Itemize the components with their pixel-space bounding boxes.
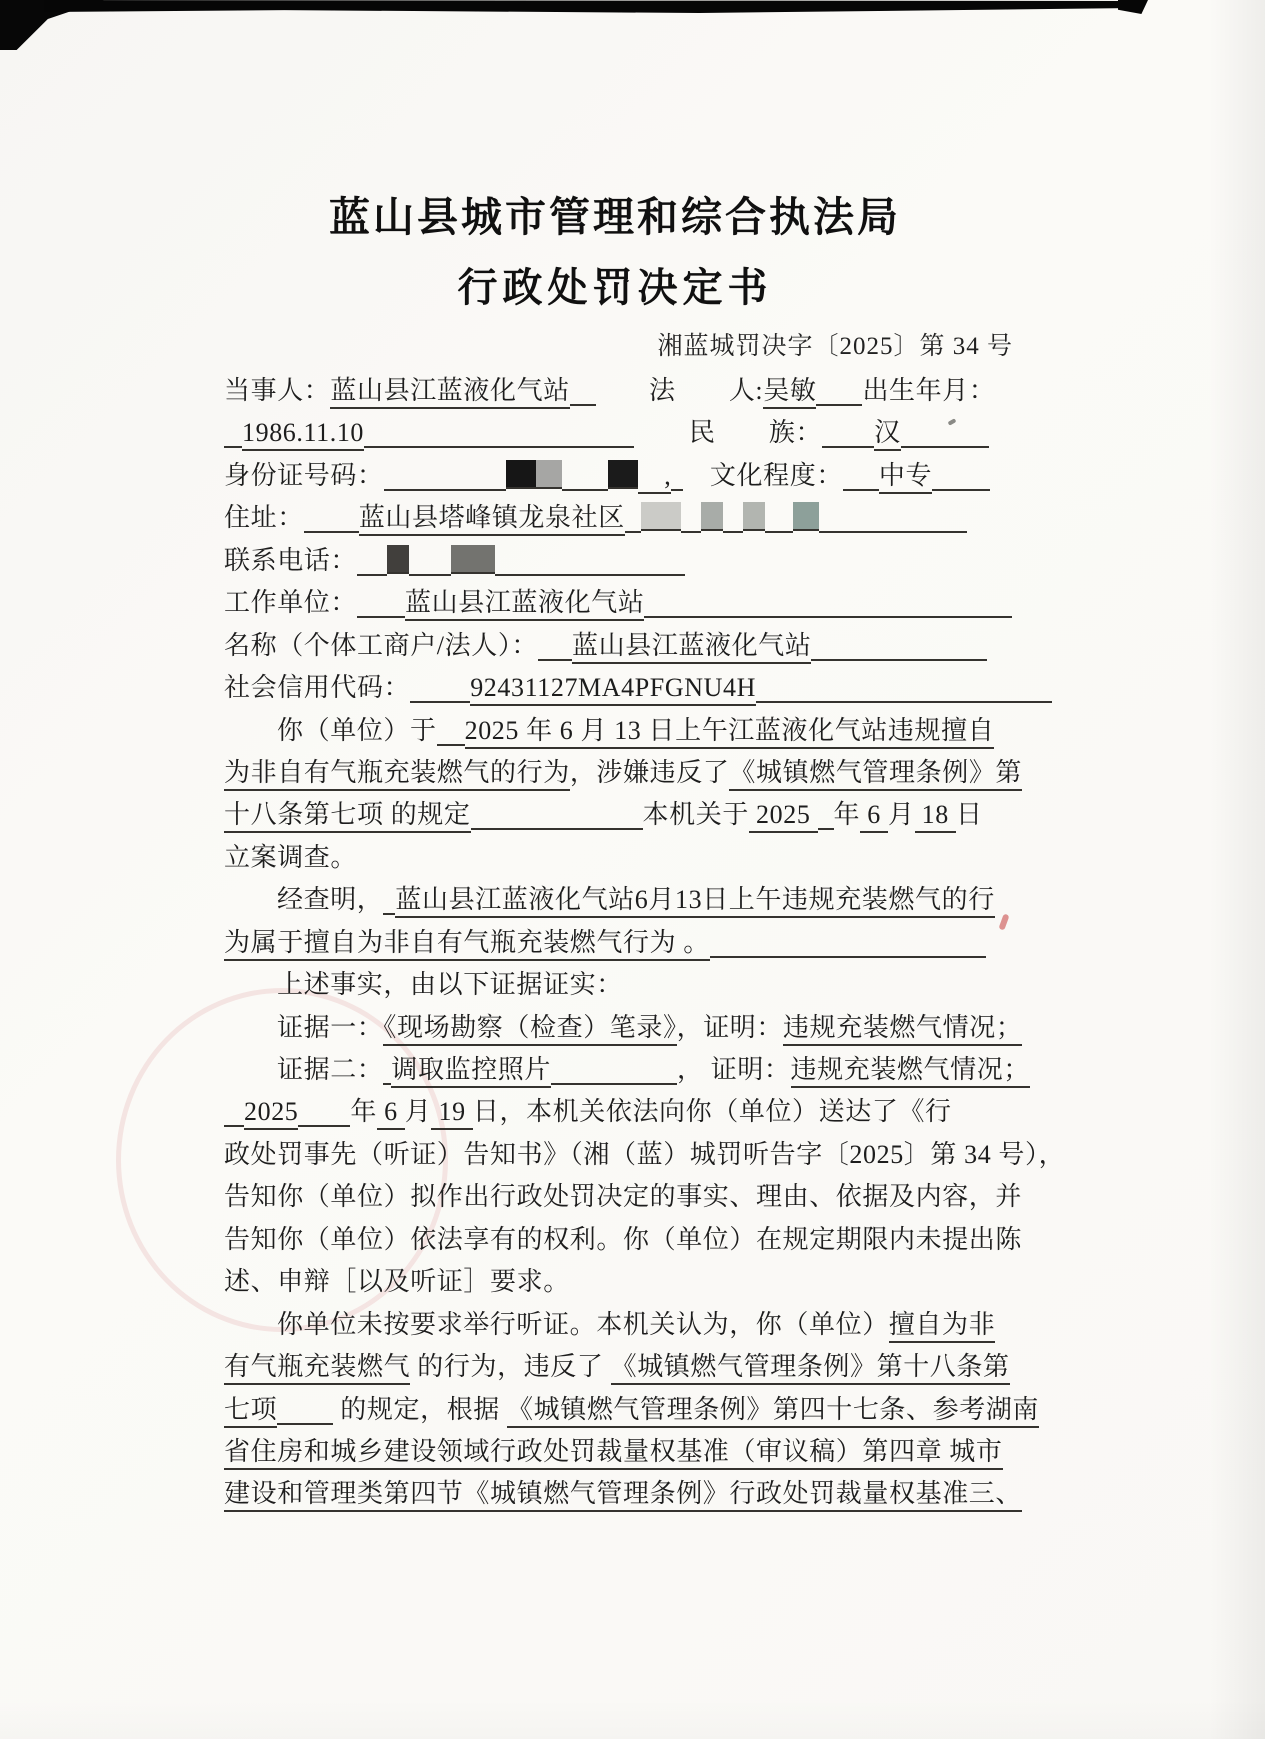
text-segment: 蓝山县江蓝液化气站	[330, 376, 569, 409]
underline-gap	[298, 1097, 350, 1127]
text-segment: 蓝山县江蓝液化气站	[405, 588, 644, 621]
underline-gap	[901, 418, 989, 448]
document-line: 告知你（单位）依法享有的权利。你（单位）在规定期限内未提出陈	[224, 1219, 1024, 1261]
text-segment: 名称（个体工商户/法人）：	[224, 631, 538, 660]
text-segment: 十八条第七项 的规定	[224, 800, 471, 833]
text-segment: 出生年月：	[862, 376, 995, 405]
text-segment: 汉	[874, 418, 901, 451]
redaction-block	[536, 460, 562, 489]
underline-gap	[710, 928, 986, 958]
text-segment: 日，本机关依法向你（单位）送达了《行	[473, 1097, 952, 1126]
document-line: 1986.11.10民 族：汉	[224, 412, 1024, 454]
text-segment: 你单位未按要求举行听证。本机关认为，你（单位）	[277, 1310, 889, 1339]
text-segment: 《现场勘察（检查）笔录》	[383, 1013, 676, 1046]
text-segment: 告知你（单位）依法享有的权利。你（单位）在规定期限内未提出陈	[224, 1225, 1022, 1254]
redaction-block	[793, 502, 819, 531]
document-line: 工作单位：蓝山县江蓝液化气站	[224, 582, 1024, 624]
document-line: 身份证号码： , 文化程度：中专	[224, 455, 1024, 497]
underline-gap	[644, 588, 1012, 618]
document-line: 政处罚事先（听证）告知书》（湘（蓝）城罚听告字〔2025〕第 34 号），	[224, 1134, 1024, 1176]
document-line: 你（单位）于2025 年 6 月 13 日上午江蓝液化气站违规擅自	[224, 710, 1024, 752]
text-segment: 2025	[749, 800, 818, 833]
document-line: 十八条第七项 的规定本机关于 2025 年 6 月 18 日	[224, 794, 1024, 836]
text-segment: 92431127MA4PFGNU4H	[470, 673, 756, 706]
text-segment: 本机关于	[643, 800, 749, 829]
text-segment: 19	[431, 1097, 472, 1130]
document-line: 省住房和城乡建设领域行政处罚裁量权基准（审议稿）第四章 城市	[224, 1431, 1024, 1473]
text-segment: 月	[405, 1097, 432, 1126]
underline-gap	[562, 461, 608, 491]
text-segment: 2025 年 6 月 13 日上午江蓝液化气站违规擅自	[465, 716, 995, 749]
text-segment: 建设和管理类第四节《城镇燃气管理条例》行政处罚裁量权基准三、	[224, 1479, 1022, 1512]
underline-gap	[723, 503, 743, 533]
underline-gap	[811, 631, 987, 661]
text-segment: 中专	[879, 461, 932, 494]
redaction-block	[506, 460, 536, 489]
text-segment: 年	[834, 800, 861, 829]
text-segment: 《城镇燃气管理条例》第十八条第	[611, 1352, 1010, 1385]
redaction-block	[743, 502, 765, 531]
text-segment: 你（单位）于	[277, 716, 437, 745]
text-segment: 告知你（单位）拟作出行政处罚决定的事实、理由、依据及内容，并	[224, 1182, 1022, 1211]
text-segment: 年	[350, 1097, 377, 1126]
redaction-block	[387, 545, 409, 574]
text-segment: 蓝山县塔峰镇龙泉社区	[359, 503, 625, 536]
underline-gap	[277, 1395, 333, 1425]
document-line: 七项 的规定，根据 《城镇燃气管理条例》第四十七条、参考湖南	[224, 1389, 1024, 1431]
text-segment: 联系电话：	[224, 546, 357, 575]
text-segment: 当事人：	[224, 376, 330, 405]
text-segment: 七项	[224, 1395, 277, 1428]
underline-gap	[681, 503, 701, 533]
text-segment: 立案调查。	[224, 843, 357, 872]
text-segment: 为属于擅自为非自有气瓶充装燃气行为 。	[224, 928, 710, 961]
redaction-block	[701, 502, 723, 531]
document-line: 上述事实，由以下证据证实：	[224, 964, 1024, 1006]
underline-gap	[634, 422, 689, 448]
text-segment: 蓝山县江蓝液化气站	[572, 631, 811, 664]
text-segment: 省住房和城乡建设领域行政处罚裁量权基准（审议稿）第四章 城市	[224, 1437, 1003, 1470]
text-segment: 6	[860, 800, 888, 833]
document-line: 社会信用代码：92431127MA4PFGNU4H	[224, 667, 1024, 709]
redaction-block	[451, 545, 495, 574]
underline-gap	[570, 376, 596, 406]
underline-gap	[625, 503, 641, 533]
document-line: 2025年 6 月 19 日，本机关依法向你（单位）送达了《行	[224, 1091, 1024, 1133]
text-segment: 6	[377, 1097, 405, 1130]
underline-gap	[409, 546, 451, 576]
document-line: 联系电话：	[224, 540, 1024, 582]
text-segment: ，证明：	[677, 1013, 783, 1042]
underline-gap	[932, 461, 990, 491]
underline-gap	[822, 418, 874, 448]
underline-gap	[224, 418, 242, 448]
text-segment: 擅自为非	[889, 1310, 995, 1343]
scan-edge-top-end	[1118, 0, 1148, 14]
text-segment: 文化程度：	[683, 461, 843, 490]
document-line: 建设和管理类第四节《城镇燃气管理条例》行政处罚裁量权基准三、	[224, 1473, 1024, 1515]
text-segment: 法 人:	[596, 376, 763, 405]
document-line: 证据二：调取监控照片， 证明：违规充装燃气情况；	[224, 1049, 1024, 1091]
text-segment: 的规定，根据	[333, 1395, 507, 1424]
underline-gap	[495, 546, 685, 576]
underline-gap	[765, 503, 793, 533]
document-line: 为非自有气瓶充装燃气的行为，涉嫌违反了《城镇燃气管理条例》第	[224, 752, 1024, 794]
text-segment: 18	[915, 800, 956, 833]
text-segment: 日	[956, 800, 983, 829]
text-segment: 有气瓶充装燃气	[224, 1352, 410, 1385]
text-segment: 蓝山县江蓝液化气站6月13日上午违规充装燃气的行	[395, 885, 994, 918]
document-body: 当事人：蓝山县江蓝液化气站 法 人:吴敏出生年月：1986.11.10民 族：汉…	[224, 370, 1024, 1516]
document-line: 名称（个体工商户/法人）：蓝山县江蓝液化气站	[224, 625, 1024, 667]
underline-gap	[357, 588, 405, 618]
document-line: 经查明，蓝山县江蓝液化气站6月13日上午违规充装燃气的行	[224, 879, 1024, 921]
document-line: 立案调查。	[224, 837, 1024, 879]
text-segment: 吴敏	[763, 376, 816, 409]
text-segment: 调取监控照片	[391, 1055, 551, 1088]
underline-gap	[383, 885, 395, 915]
underline-gap	[357, 546, 387, 576]
text-segment: 社会信用代码：	[224, 673, 410, 702]
underline-gap	[816, 376, 862, 406]
underline-gap	[471, 800, 643, 830]
scan-shadow-bottom	[0, 1699, 1265, 1739]
redaction-block	[641, 502, 681, 531]
document-number: 湘蓝城罚决字〔2025〕第 34 号	[657, 326, 1013, 362]
text-segment: 民 族：	[689, 418, 822, 447]
text-segment: 证据二：	[277, 1055, 383, 1084]
scan-edge-top-strip	[44, 0, 1136, 13]
text-segment: 证据一：	[277, 1013, 383, 1042]
underline-gap	[818, 800, 834, 830]
scanned-document-page: 蓝山县城市管理和综合执法局 行政处罚决定书 湘蓝城罚决字〔2025〕第 34 号…	[0, 0, 1265, 1739]
text-segment: 违规充装燃气情况；	[783, 1013, 1022, 1046]
text-segment: 1986.11.10	[242, 418, 364, 451]
text-segment: ，涉嫌违反了	[570, 758, 730, 787]
text-segment: 月	[888, 800, 915, 829]
underline-gap	[538, 631, 572, 661]
redaction-block	[608, 460, 638, 489]
text-segment: 住址：	[224, 503, 304, 532]
text-segment: 经查明，	[277, 885, 383, 914]
underline-gap	[384, 461, 506, 491]
text-segment: 述、申辩［以及听证］要求。	[224, 1267, 570, 1296]
underline-gap	[756, 673, 1052, 703]
document-line: 住址：蓝山县塔峰镇龙泉社区	[224, 497, 1024, 539]
underline-gap	[551, 1055, 677, 1085]
underline-gap	[819, 503, 967, 533]
text-segment: 工作单位：	[224, 588, 357, 617]
document-line: 有气瓶充装燃气 的行为，违反了 《城镇燃气管理条例》第十八条第	[224, 1346, 1024, 1388]
text-segment: 为非自有气瓶充装燃气的行为	[224, 758, 570, 791]
text-segment: ， 证明：	[677, 1055, 791, 1084]
underline-gap	[437, 716, 465, 746]
underline-gap	[671, 461, 683, 491]
document-line: 告知你（单位）拟作出行政处罚决定的事实、理由、依据及内容，并	[224, 1176, 1024, 1218]
text-segment: 的行为，违反了	[410, 1352, 610, 1381]
text-segment: 上述事实，由以下证据证实：	[277, 970, 623, 999]
text-segment: 《城镇燃气管理条例》第四十七条、参考湖南	[507, 1395, 1039, 1428]
text-segment: 《城镇燃气管理条例》第	[729, 758, 1022, 791]
document-line: 你单位未按要求举行听证。本机关认为，你（单位）擅自为非	[224, 1304, 1024, 1346]
document-line: 当事人：蓝山县江蓝液化气站 法 人:吴敏出生年月：	[224, 370, 1024, 412]
document-subtitle: 行政处罚决定书	[0, 256, 1230, 313]
underline-gap	[364, 418, 634, 448]
underline-gap	[410, 673, 470, 703]
underline-gap	[224, 1097, 244, 1127]
document-line: 为属于擅自为非自有气瓶充装燃气行为 。	[224, 922, 1024, 964]
document-title: 蓝山县城市管理和综合执法局	[0, 184, 1230, 243]
text-segment: 政处罚事先（听证）告知书》（湘（蓝）城罚听告字〔2025〕第 34 号），	[224, 1140, 1065, 1169]
underline-gap	[304, 503, 359, 533]
text-segment: 身份证号码：	[224, 461, 384, 490]
document-line: 述、申辩［以及听证］要求。	[224, 1261, 1024, 1303]
text-segment: 违规充装燃气情况；	[791, 1055, 1030, 1088]
text-segment: 2025	[244, 1097, 298, 1130]
document-line: 证据一：《现场勘察（检查）笔录》，证明：违规充装燃气情况；	[224, 1007, 1024, 1049]
text-segment: ,	[638, 461, 672, 494]
underline-gap	[843, 461, 879, 491]
